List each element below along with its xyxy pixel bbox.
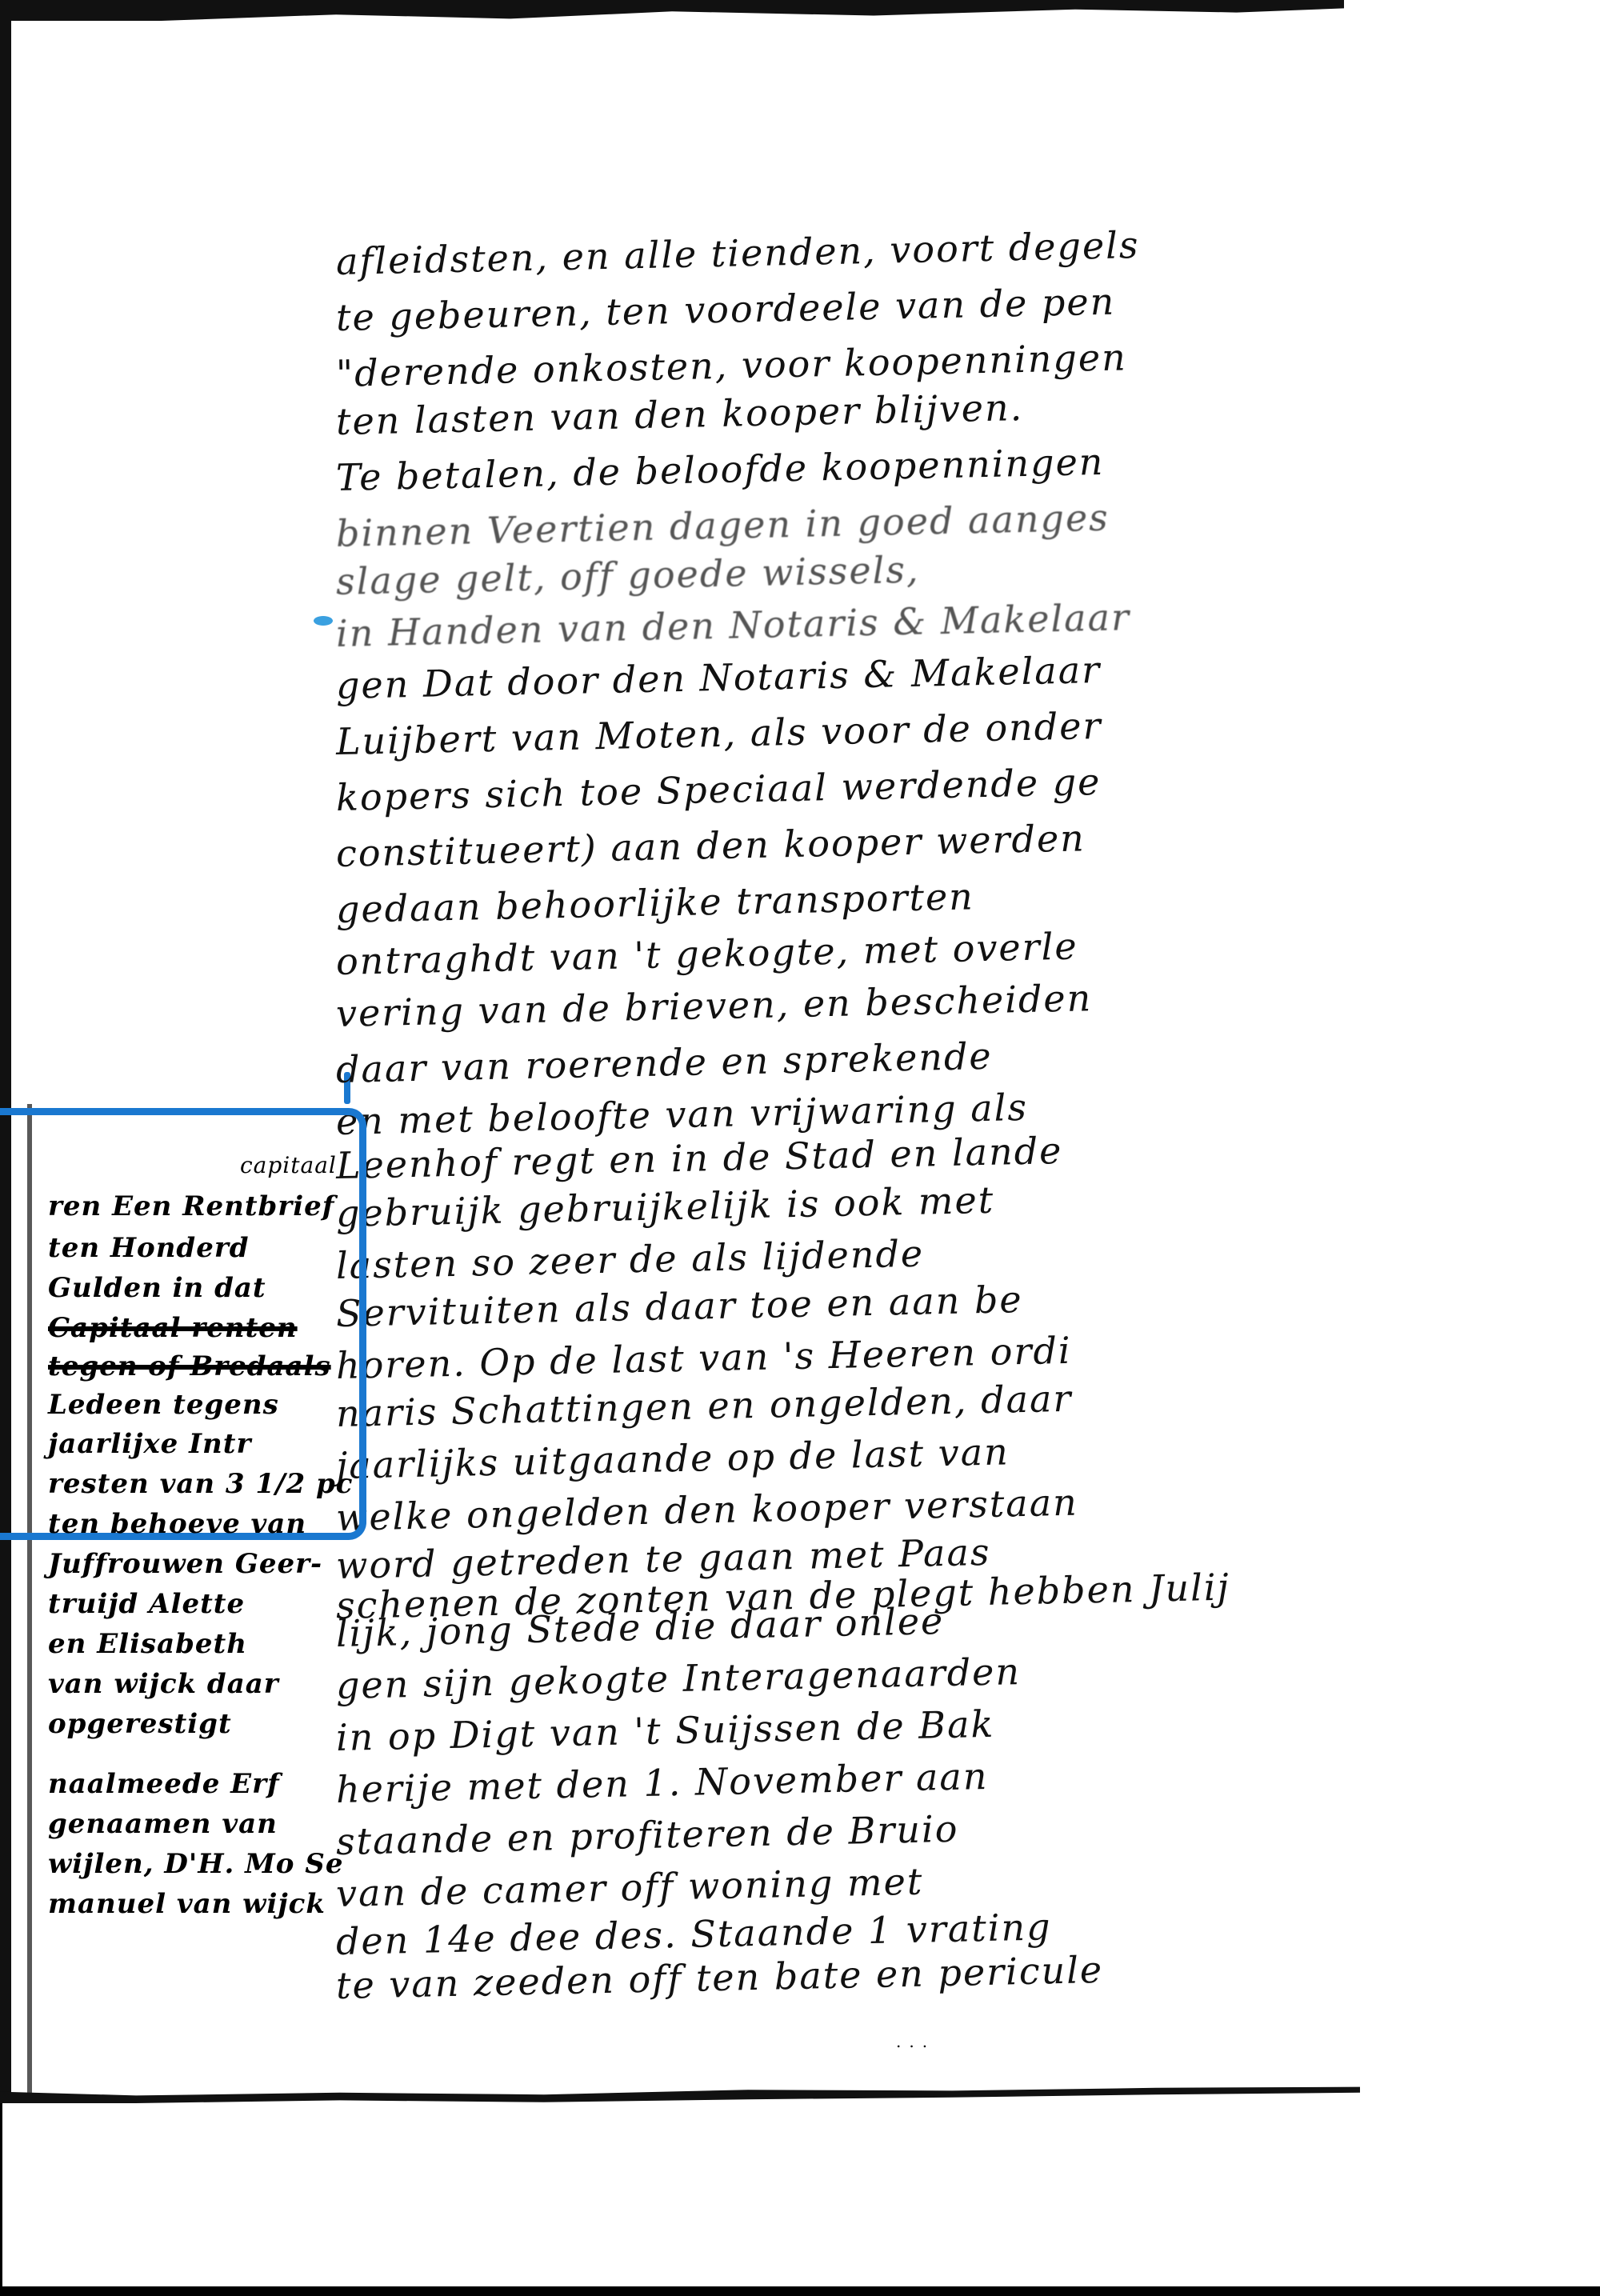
text-line: jaarlijks uitgaande op de last van	[335, 1430, 1010, 1487]
scan-edge-left	[0, 0, 11, 2096]
margin-note-line: ten Honderd	[48, 1232, 250, 1264]
text-line: daar van roerende en sprekende	[335, 1034, 993, 1091]
margin-note-line: Ledeen tegens	[48, 1389, 279, 1421]
margin-note-line: Juffrouwen Geer-	[48, 1548, 322, 1580]
margin-note-line: naalmeede Erf	[48, 1768, 280, 1800]
text-line: gebruijk gebruijkelijk is ook met	[335, 1178, 994, 1235]
text-line: ontraghdt van 't gekogte, met overle	[335, 925, 1078, 983]
margin-note-line: Capitaal renten	[48, 1312, 298, 1344]
text-line: Te betalen, de beloofde koopenningen	[335, 440, 1104, 499]
margin-note-line: resten van 3 1/2 pc	[48, 1468, 353, 1500]
text-line: ten lasten van den kooper blijven.	[335, 386, 1023, 443]
scan-edge-bottom	[0, 2084, 1360, 2103]
text-line: binnen Veertien dagen in goed aanges	[335, 496, 1110, 555]
margin-note-line: ten behoeve van	[48, 1508, 306, 1540]
margin-note-line: wijlen, D'H. Mo Se	[48, 1848, 343, 1880]
text-line: gen sijn gekogte Interagenaarden	[335, 1650, 1021, 1707]
scan-edge-top	[0, 0, 1344, 21]
margin-note-line: capitaal	[240, 1152, 337, 1178]
scanned-page: afleidsten, en alle tienden, voort degel…	[0, 0, 1600, 2296]
text-line: herije met den 1. November aan	[335, 1754, 989, 1811]
scan-border-bottom	[0, 2286, 1600, 2296]
text-line: constitueert) aan den kooper werden	[335, 816, 1086, 875]
text-line: gedaan behoorlijke transporten	[335, 874, 974, 931]
scan-border-left-lower	[0, 2103, 2, 2295]
text-line: Luijbert van Moten, als voor de onder	[335, 704, 1102, 763]
margin-note-line: Gulden in dat	[48, 1272, 266, 1304]
text-line: in op Digt van 't Suijssen de Bak	[335, 1702, 994, 1759]
blue-ink-mark	[314, 616, 333, 626]
text-line: Servituiten als daar toe en aan be	[335, 1278, 1023, 1335]
margin-note-line: jaarlijxe Intr	[48, 1428, 251, 1460]
text-line: kopers sich toe Speciaal werdende ge	[335, 760, 1101, 819]
margin-note-line: en Elisabeth	[48, 1628, 247, 1660]
margin-note-line: ren Een Rentbrief	[48, 1190, 334, 1222]
text-line: gen Dat door den Notaris & Makelaar	[335, 648, 1101, 707]
text-line: van de camer off woning met	[335, 1860, 923, 1915]
text-line: vering van de brieven, en bescheiden	[335, 976, 1092, 1035]
text-line: naris Schattingen en ongelden, daar	[335, 1377, 1072, 1435]
ellipsis-marks: ...	[896, 2032, 935, 2051]
margin-note-line: genaamen van	[48, 1808, 278, 1840]
text-line: staande en profiteren de Bruio	[335, 1807, 958, 1863]
margin-note-line: opgerestigt	[48, 1708, 232, 1740]
margin-note-line: truijd Alette	[48, 1588, 245, 1620]
margin-note-line: van wijck daar	[48, 1668, 279, 1700]
margin-note-line: tegen of Bredaals	[48, 1350, 331, 1382]
text-line: lasten so zeer de als lijdende	[335, 1232, 924, 1287]
text-line: slage gelt, off goede wissels,	[335, 548, 920, 603]
margin-note-line: manuel van wijck	[48, 1888, 326, 1920]
text-line: te gebeuren, ten voordeele van de pen	[335, 280, 1115, 339]
text-line: afleidsten, en alle tienden, voort degel…	[335, 223, 1140, 283]
text-line: in Handen van den Notaris & Makelaar	[335, 595, 1130, 655]
